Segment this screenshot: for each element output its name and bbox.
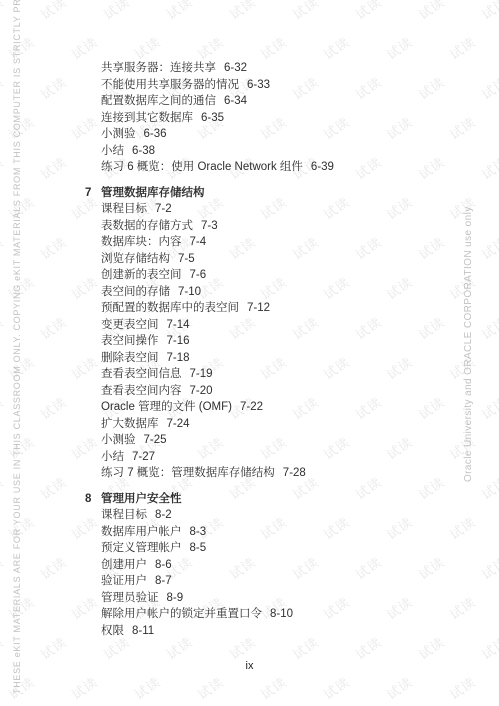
- toc-item-page: 6-33: [247, 79, 270, 91]
- toc-item-page: 7-27: [132, 451, 155, 463]
- watermark-stamp: 试读: [0, 632, 7, 664]
- toc-item-page: 6-39: [311, 161, 334, 173]
- toc-item-page: 7-5: [178, 253, 195, 265]
- toc-item-page: 6-32: [224, 62, 247, 74]
- toc-item: 小测验6-36: [101, 126, 445, 143]
- watermark-stamp: 试读: [0, 312, 7, 344]
- toc-item: 连接到其它数据库6-35: [101, 110, 445, 127]
- toc-item-page: 7-4: [190, 236, 207, 248]
- toc-item-page: 7-18: [167, 352, 190, 364]
- toc-item-label: 小测验: [101, 128, 136, 140]
- section-number: 8: [85, 491, 101, 508]
- toc-item: 管理员验证8-9: [101, 590, 445, 607]
- toc-item: 创建用户8-6: [101, 557, 445, 574]
- watermark-stamp: 试读: [36, 632, 70, 664]
- watermark-stamp: 试读: [445, 592, 479, 624]
- watermark-stamp: 试读: [193, 32, 227, 64]
- watermark-stamp: 试读: [477, 152, 499, 184]
- page-number: ix: [0, 660, 499, 672]
- toc-item: 扩大数据库7-24: [101, 416, 445, 433]
- toc-item-label: 练习 7 概览：管理数据库存储结构: [101, 467, 275, 479]
- toc-item-label: 小结: [101, 451, 124, 463]
- watermark-stamp: 试读: [0, 72, 7, 104]
- toc-item-page: 7-25: [144, 434, 167, 446]
- toc-item-label: 创建新的表空间: [101, 269, 182, 281]
- right-margin-notice: Oracle University and ORACLE CORPORATION…: [463, 206, 474, 482]
- toc-item-label: 管理员验证: [101, 592, 159, 604]
- toc-item: 不能使用共享服务器的情况6-33: [101, 77, 445, 94]
- toc-item: 查看表空间内容7-20: [101, 383, 445, 400]
- watermark-stamp: 试读: [36, 152, 70, 184]
- watermark-stamp: 试读: [36, 232, 70, 264]
- watermark-stamp: 试读: [99, 0, 133, 23]
- toc-item: 表数据的存储方式7-3: [101, 218, 445, 235]
- toc-item: 小结6-38: [101, 143, 445, 160]
- toc-item-label: 权限: [101, 625, 124, 637]
- watermark-stamp: 试读: [477, 632, 499, 664]
- section-title: 管理数据库存储结构: [101, 187, 205, 199]
- toc-item-page: 6-34: [224, 95, 247, 107]
- watermark-stamp: 试读: [0, 472, 7, 504]
- toc-item-label: 连接到其它数据库: [101, 112, 193, 124]
- toc-item: 验证用户8-7: [101, 573, 445, 590]
- toc-item-label: 配置数据库之间的通信: [101, 95, 216, 107]
- toc-section-heading: 7管理数据库存储结构: [85, 185, 445, 202]
- watermark-stamp: 试读: [382, 32, 416, 64]
- toc-item-page: 6-38: [132, 145, 155, 157]
- watermark-stamp: 试读: [477, 392, 499, 424]
- watermark-stamp: 试读: [36, 552, 70, 584]
- toc-item: 小结7-27: [101, 449, 445, 466]
- watermark-stamp: 试读: [477, 232, 499, 264]
- toc-item: 练习 7 概览：管理数据库存储结构7-28: [101, 465, 445, 482]
- toc-item-page: 7-20: [190, 385, 213, 397]
- watermark-stamp: 试读: [0, 152, 7, 184]
- toc-item-page: 8-11: [132, 625, 154, 637]
- toc-item-label: 数据库用户帐户: [101, 526, 182, 538]
- watermark-stamp: 试读: [193, 672, 227, 704]
- toc-item-page: 8-5: [190, 542, 207, 554]
- toc-item: 数据库块：内容7-4: [101, 234, 445, 251]
- toc-item-label: 数据库块：内容: [101, 236, 182, 248]
- watermark-stamp: 试读: [477, 552, 499, 584]
- toc-item-label: 课程目标: [101, 203, 147, 215]
- toc-item-page: 8-2: [155, 509, 172, 521]
- toc-item: 权限8-11: [101, 623, 445, 640]
- toc-item-page: 7-6: [190, 269, 207, 281]
- watermark-stamp: 试读: [445, 672, 479, 704]
- toc-item: 配置数据库之间的通信6-34: [101, 93, 445, 110]
- toc-item: 浏览存储结构7-5: [101, 251, 445, 268]
- toc-item-label: 扩大数据库: [101, 418, 159, 430]
- toc-item: 练习 6 概览：使用 Oracle Network 组件6-39: [101, 159, 445, 176]
- toc-item-page: 6-35: [201, 112, 224, 124]
- watermark-stamp: 试读: [477, 72, 499, 104]
- toc-item-label: 练习 6 概览：使用 Oracle Network 组件: [101, 161, 303, 173]
- toc-item: 预配置的数据库中的表空间7-12: [101, 300, 445, 317]
- toc-item-label: 预配置的数据库中的表空间: [101, 302, 239, 314]
- toc-item-label: 共享服务器：连接共享: [101, 62, 216, 74]
- toc-item: 课程目标8-2: [101, 507, 445, 524]
- watermark-stamp: 试读: [162, 0, 196, 23]
- toc-item: 创建新的表空间7-6: [101, 267, 445, 284]
- toc-item: Oracle 管理的文件 (OMF)7-22: [101, 399, 445, 416]
- toc-item-label: 小测验: [101, 434, 136, 446]
- toc-item-label: 删除表空间: [101, 352, 159, 364]
- toc-item-label: 验证用户: [101, 575, 147, 587]
- toc-item: 预定义管理帐户8-5: [101, 540, 445, 557]
- toc-section: 7管理数据库存储结构课程目标7-2表数据的存储方式7-3数据库块：内容7-4浏览…: [85, 185, 445, 482]
- watermark-stamp: 试读: [256, 32, 290, 64]
- toc-item-page: 7-24: [167, 418, 190, 430]
- watermark-stamp: 试读: [36, 0, 70, 23]
- toc-item-page: 7-10: [178, 286, 201, 298]
- toc-item: 解除用户帐户的锁定并重置口令8-10: [101, 606, 445, 623]
- toc-item-label: 创建用户: [101, 559, 147, 571]
- toc-item-label: 课程目标: [101, 509, 147, 521]
- table-of-contents: 共享服务器：连接共享6-32不能使用共享服务器的情况6-33配置数据库之间的通信…: [85, 60, 445, 639]
- toc-item: 课程目标7-2: [101, 201, 445, 218]
- toc-item-label: 查看表空间内容: [101, 385, 182, 397]
- watermark-stamp: 试读: [319, 672, 353, 704]
- watermark-stamp: 试读: [36, 392, 70, 424]
- toc-item-label: 不能使用共享服务器的情况: [101, 79, 239, 91]
- toc-item-page: 7-28: [283, 467, 306, 479]
- watermark-stamp: 试读: [477, 0, 499, 23]
- watermark-stamp: 试读: [445, 112, 479, 144]
- toc-item-label: 表空间操作: [101, 335, 159, 347]
- toc-item-label: 表空间的存储: [101, 286, 170, 298]
- watermark-stamp: 试读: [0, 392, 7, 424]
- toc-item-label: 变更表空间: [101, 319, 159, 331]
- watermark-stamp: 试读: [0, 552, 7, 584]
- toc-item-label: 浏览存储结构: [101, 253, 170, 265]
- toc-item: 表空间操作7-16: [101, 333, 445, 350]
- watermark-stamp: 试读: [130, 32, 164, 64]
- watermark-stamp: 试读: [382, 672, 416, 704]
- toc-item-page: 8-10: [270, 608, 293, 620]
- toc-item-page: 7-12: [247, 302, 270, 314]
- toc-item-page: 7-2: [155, 203, 172, 215]
- watermark-stamp: 试读: [414, 0, 448, 23]
- watermark-stamp: 试读: [225, 0, 259, 23]
- toc-item-page: 6-36: [144, 128, 167, 140]
- watermark-stamp: 试读: [288, 0, 322, 23]
- left-margin-notice: THESE eKIT MATERIALS ARE FOR YOUR USE IN…: [12, 0, 22, 694]
- section-number: 7: [85, 185, 101, 202]
- toc-item-page: 7-22: [240, 401, 263, 413]
- toc-item-label: 解除用户帐户的锁定并重置口令: [101, 608, 262, 620]
- watermark-stamp: 试读: [351, 0, 385, 23]
- toc-item-page: 7-16: [167, 335, 190, 347]
- toc-item: 查看表空间信息7-19: [101, 366, 445, 383]
- watermark-stamp: 试读: [36, 72, 70, 104]
- watermark-stamp: 试读: [477, 312, 499, 344]
- watermark-stamp: 试读: [445, 512, 479, 544]
- watermark-stamp: 试读: [36, 312, 70, 344]
- toc-item: 数据库用户帐户8-3: [101, 524, 445, 541]
- toc-section: 共享服务器：连接共享6-32不能使用共享服务器的情况6-33配置数据库之间的通信…: [85, 60, 445, 176]
- toc-item-label: Oracle 管理的文件 (OMF): [101, 401, 232, 413]
- toc-item: 变更表空间7-14: [101, 317, 445, 334]
- toc-item: 表空间的存储7-10: [101, 284, 445, 301]
- document-page: 试读试读试读试读试读试读试读试读试读试读试读试读试读试读试读试读试读试读试读试读…: [0, 0, 499, 706]
- toc-item-label: 表数据的存储方式: [101, 220, 193, 232]
- toc-item-page: 8-7: [155, 575, 172, 587]
- toc-item-page: 7-3: [201, 220, 218, 232]
- toc-item: 共享服务器：连接共享6-32: [101, 60, 445, 77]
- watermark-stamp: 试读: [130, 672, 164, 704]
- toc-item-page: 8-3: [190, 526, 207, 538]
- toc-item-label: 查看表空间信息: [101, 368, 182, 380]
- watermark-stamp: 试读: [67, 32, 101, 64]
- toc-item-page: 8-9: [167, 592, 184, 604]
- watermark-stamp: 试读: [0, 0, 7, 23]
- watermark-stamp: 试读: [67, 672, 101, 704]
- toc-item-page: 7-19: [190, 368, 213, 380]
- watermark-stamp: 试读: [256, 672, 290, 704]
- watermark-stamp: 试读: [445, 32, 479, 64]
- watermark-stamp: 试读: [0, 232, 7, 264]
- toc-section-heading: 8管理用户安全性: [85, 491, 445, 508]
- toc-item-label: 预定义管理帐户: [101, 542, 182, 554]
- toc-item-label: 小结: [101, 145, 124, 157]
- toc-item-page: 7-14: [167, 319, 190, 331]
- toc-item: 小测验7-25: [101, 432, 445, 449]
- toc-item-page: 8-6: [155, 559, 172, 571]
- watermark-stamp: 试读: [319, 32, 353, 64]
- section-title: 管理用户安全性: [101, 493, 182, 505]
- toc-section: 8管理用户安全性课程目标8-2数据库用户帐户8-3预定义管理帐户8-5创建用户8…: [85, 491, 445, 640]
- toc-item: 删除表空间7-18: [101, 350, 445, 367]
- watermark-stamp: 试读: [36, 472, 70, 504]
- watermark-stamp: 试读: [477, 472, 499, 504]
